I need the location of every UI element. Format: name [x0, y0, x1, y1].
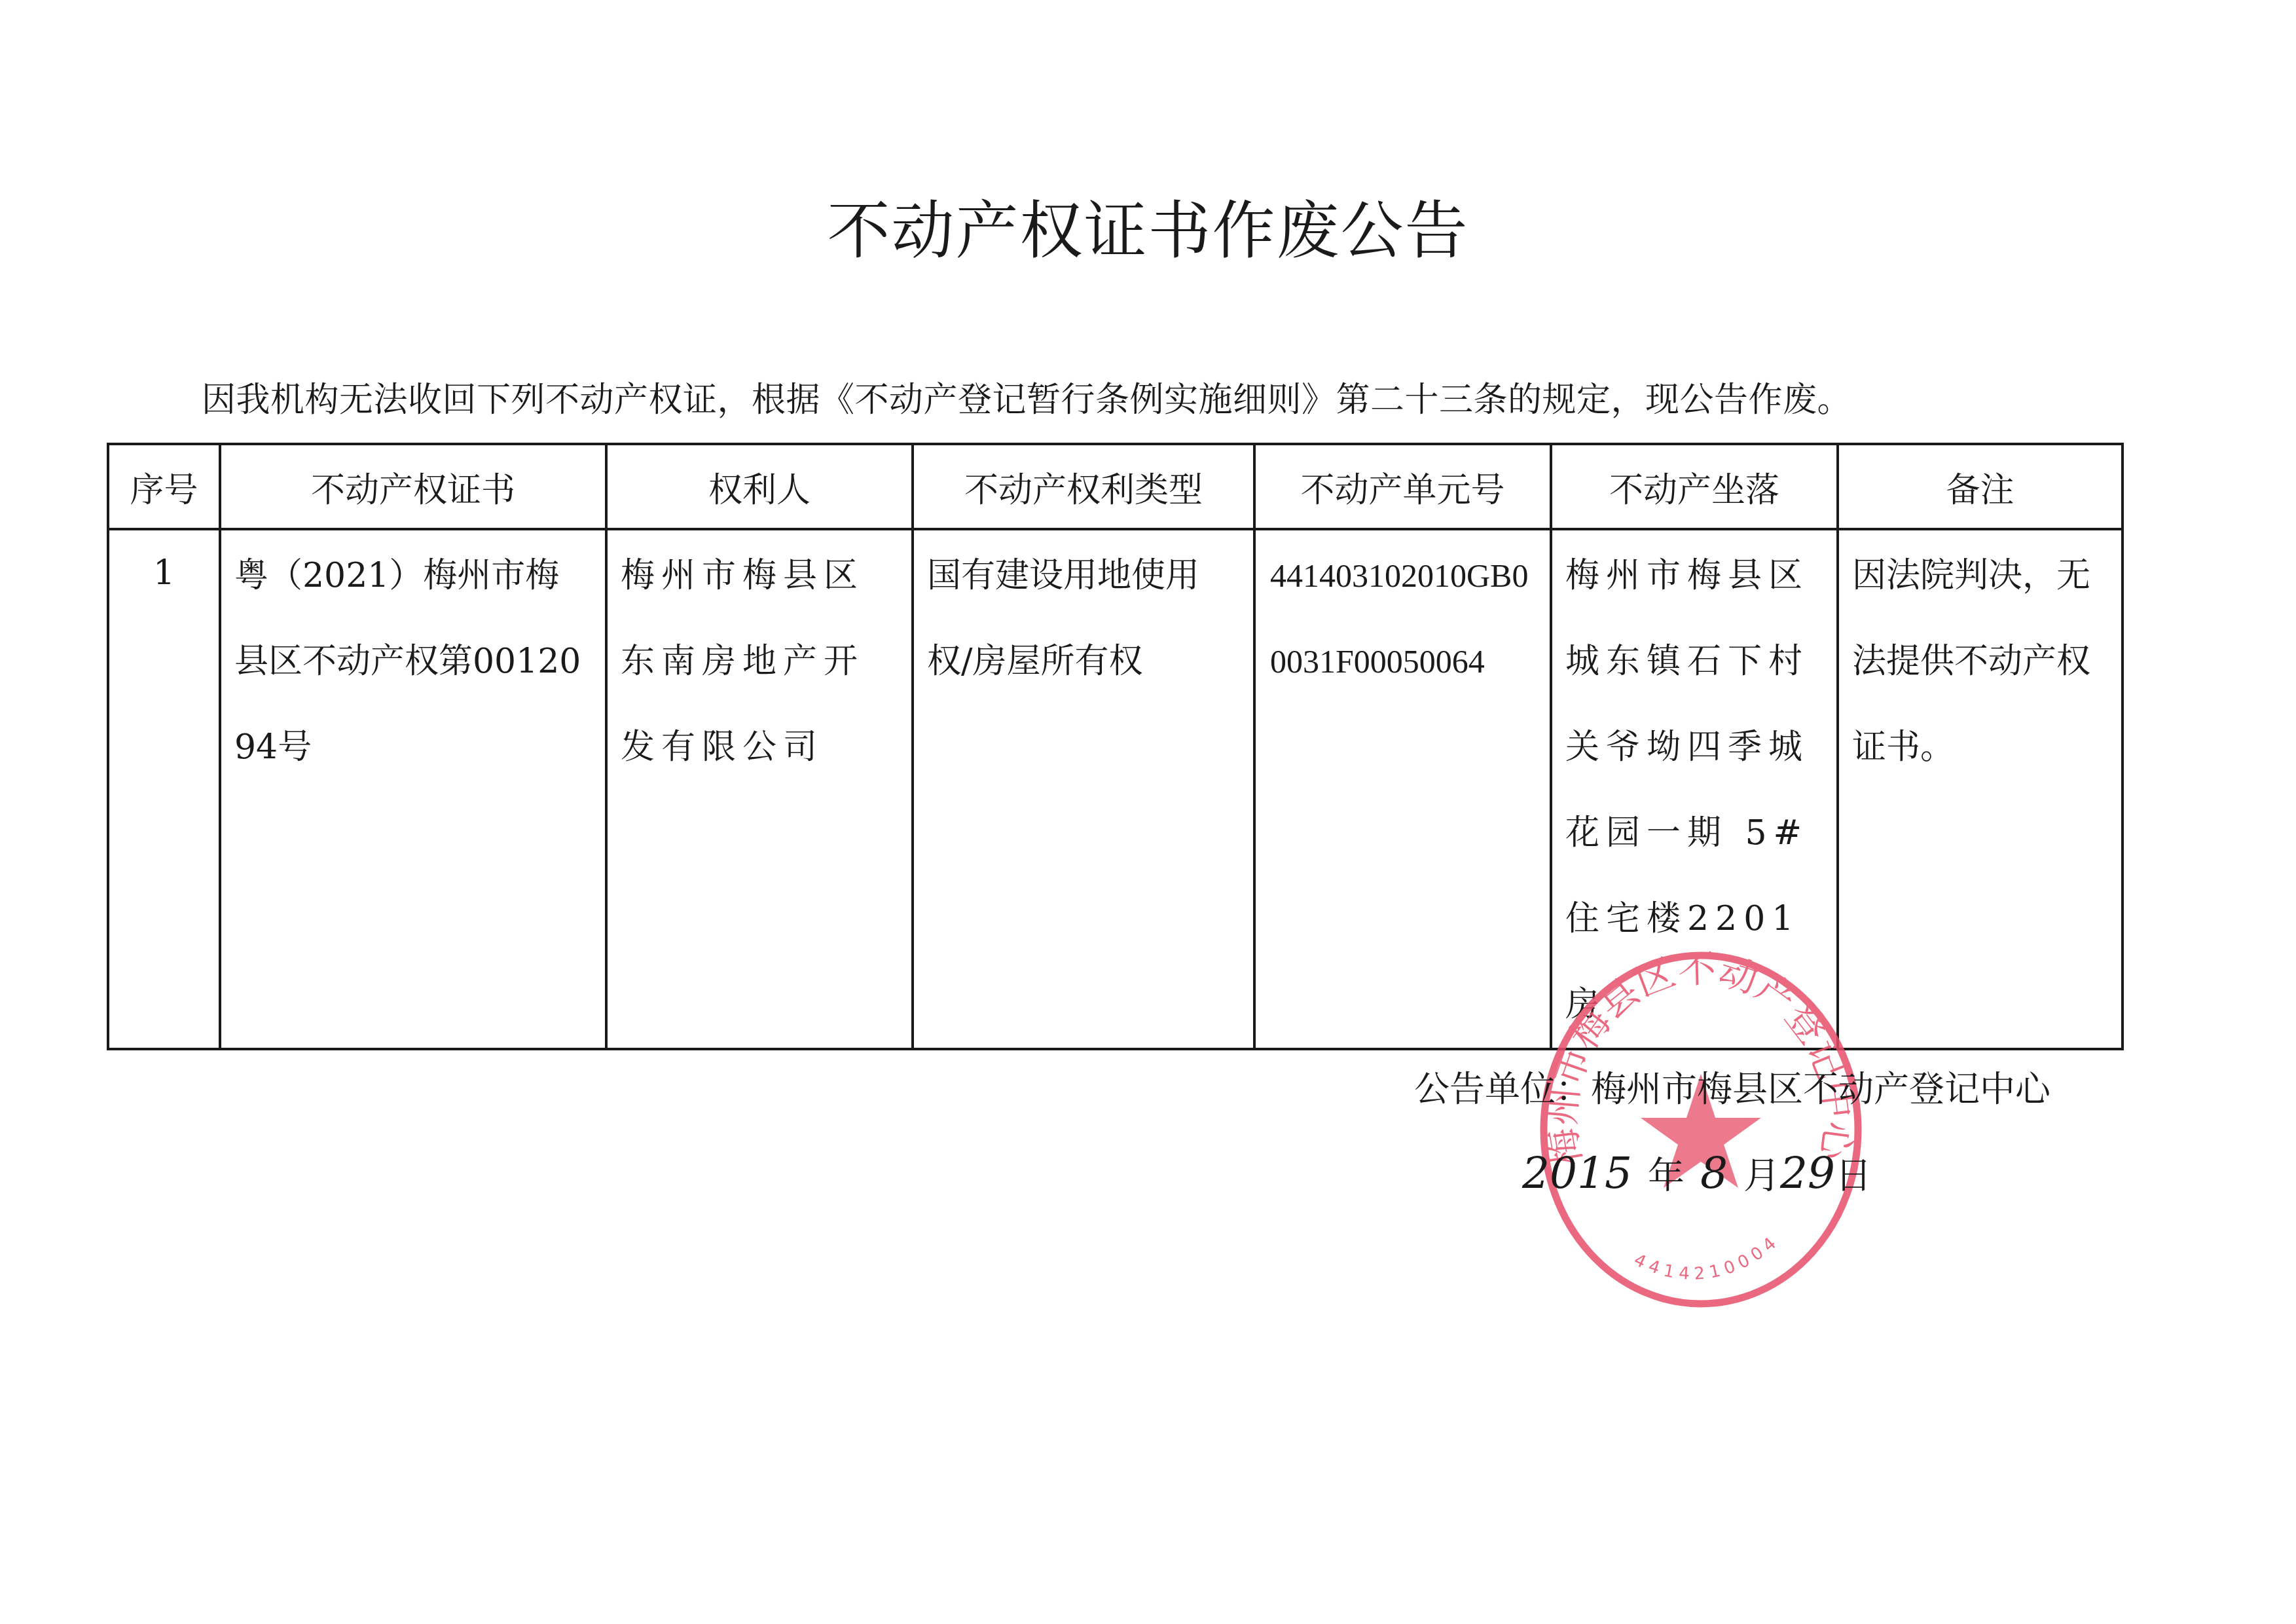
date-month: 8 [1700, 1148, 1728, 1198]
seq-value: 1 [153, 553, 175, 593]
announcement-date: 2015年8月29日 [1522, 1147, 1872, 1202]
column-header-remark: 备注 [1838, 444, 2123, 529]
remark-value: 因法院判决，无法提供不动产权证书。 [1839, 530, 2121, 790]
column-header-unit-no: 不动产单元号 [1254, 444, 1551, 529]
column-header-right-type: 不动产权利类型 [913, 444, 1254, 529]
date-year: 2015 [1522, 1148, 1632, 1198]
cell-unit-no: 441403102010GB00031F00050064 [1254, 529, 1551, 1049]
cell-seq: 1 [108, 529, 220, 1049]
column-header-seq: 序号 [108, 444, 220, 529]
certificate-value: 粤（2021）梅州市梅县区不动产权第0012094号 [221, 530, 605, 790]
announcing-unit-name: 梅州市梅县区不动产登记中心 [1591, 1069, 2050, 1110]
cell-owner: 梅州市梅县区东南房地产开发有限公司 [606, 529, 913, 1049]
official-seal-stamp: 梅州市梅县区不动产登记中心 4414210004 [1540, 951, 1862, 1308]
owner-value: 梅州市梅县区东南房地产开发有限公司 [608, 530, 911, 790]
cell-remark: 因法院判决，无法提供不动产权证书。 [1838, 529, 2123, 1049]
column-header-location: 不动产坐落 [1551, 444, 1838, 529]
seal-code-text: 4414210004 [1631, 1230, 1784, 1284]
unit-no-value: 441403102010GB00031F00050064 [1256, 530, 1550, 705]
date-day: 29 [1780, 1148, 1835, 1198]
intro-paragraph: 因我机构无法收回下列不动产权证，根据《不动产登记暂行条例实施细则》第二十三条的规… [202, 377, 1851, 424]
date-year-suffix: 年 [1648, 1154, 1685, 1197]
cell-certificate: 粤（2021）梅州市梅县区不动产权第0012094号 [220, 529, 606, 1049]
column-header-owner: 权利人 [606, 444, 913, 529]
announcing-unit: 公告单位：梅州市梅县区不动产登记中心 [1414, 1065, 2050, 1115]
right-type-value: 国有建设用地使用权/房屋所有权 [914, 530, 1253, 705]
announcing-unit-label: 公告单位： [1414, 1069, 1591, 1110]
cell-right-type: 国有建设用地使用权/房屋所有权 [913, 529, 1254, 1049]
page-title: 不动产权证书作废公告 [0, 191, 2296, 270]
date-month-suffix: 月 [1743, 1154, 1780, 1197]
column-header-certificate: 不动产权证书 [220, 444, 606, 529]
date-day-suffix: 日 [1835, 1154, 1872, 1197]
table-header-row: 序号 不动产权证书 权利人 不动产权利类型 不动产单元号 不动产坐落 备注 [108, 444, 2123, 529]
